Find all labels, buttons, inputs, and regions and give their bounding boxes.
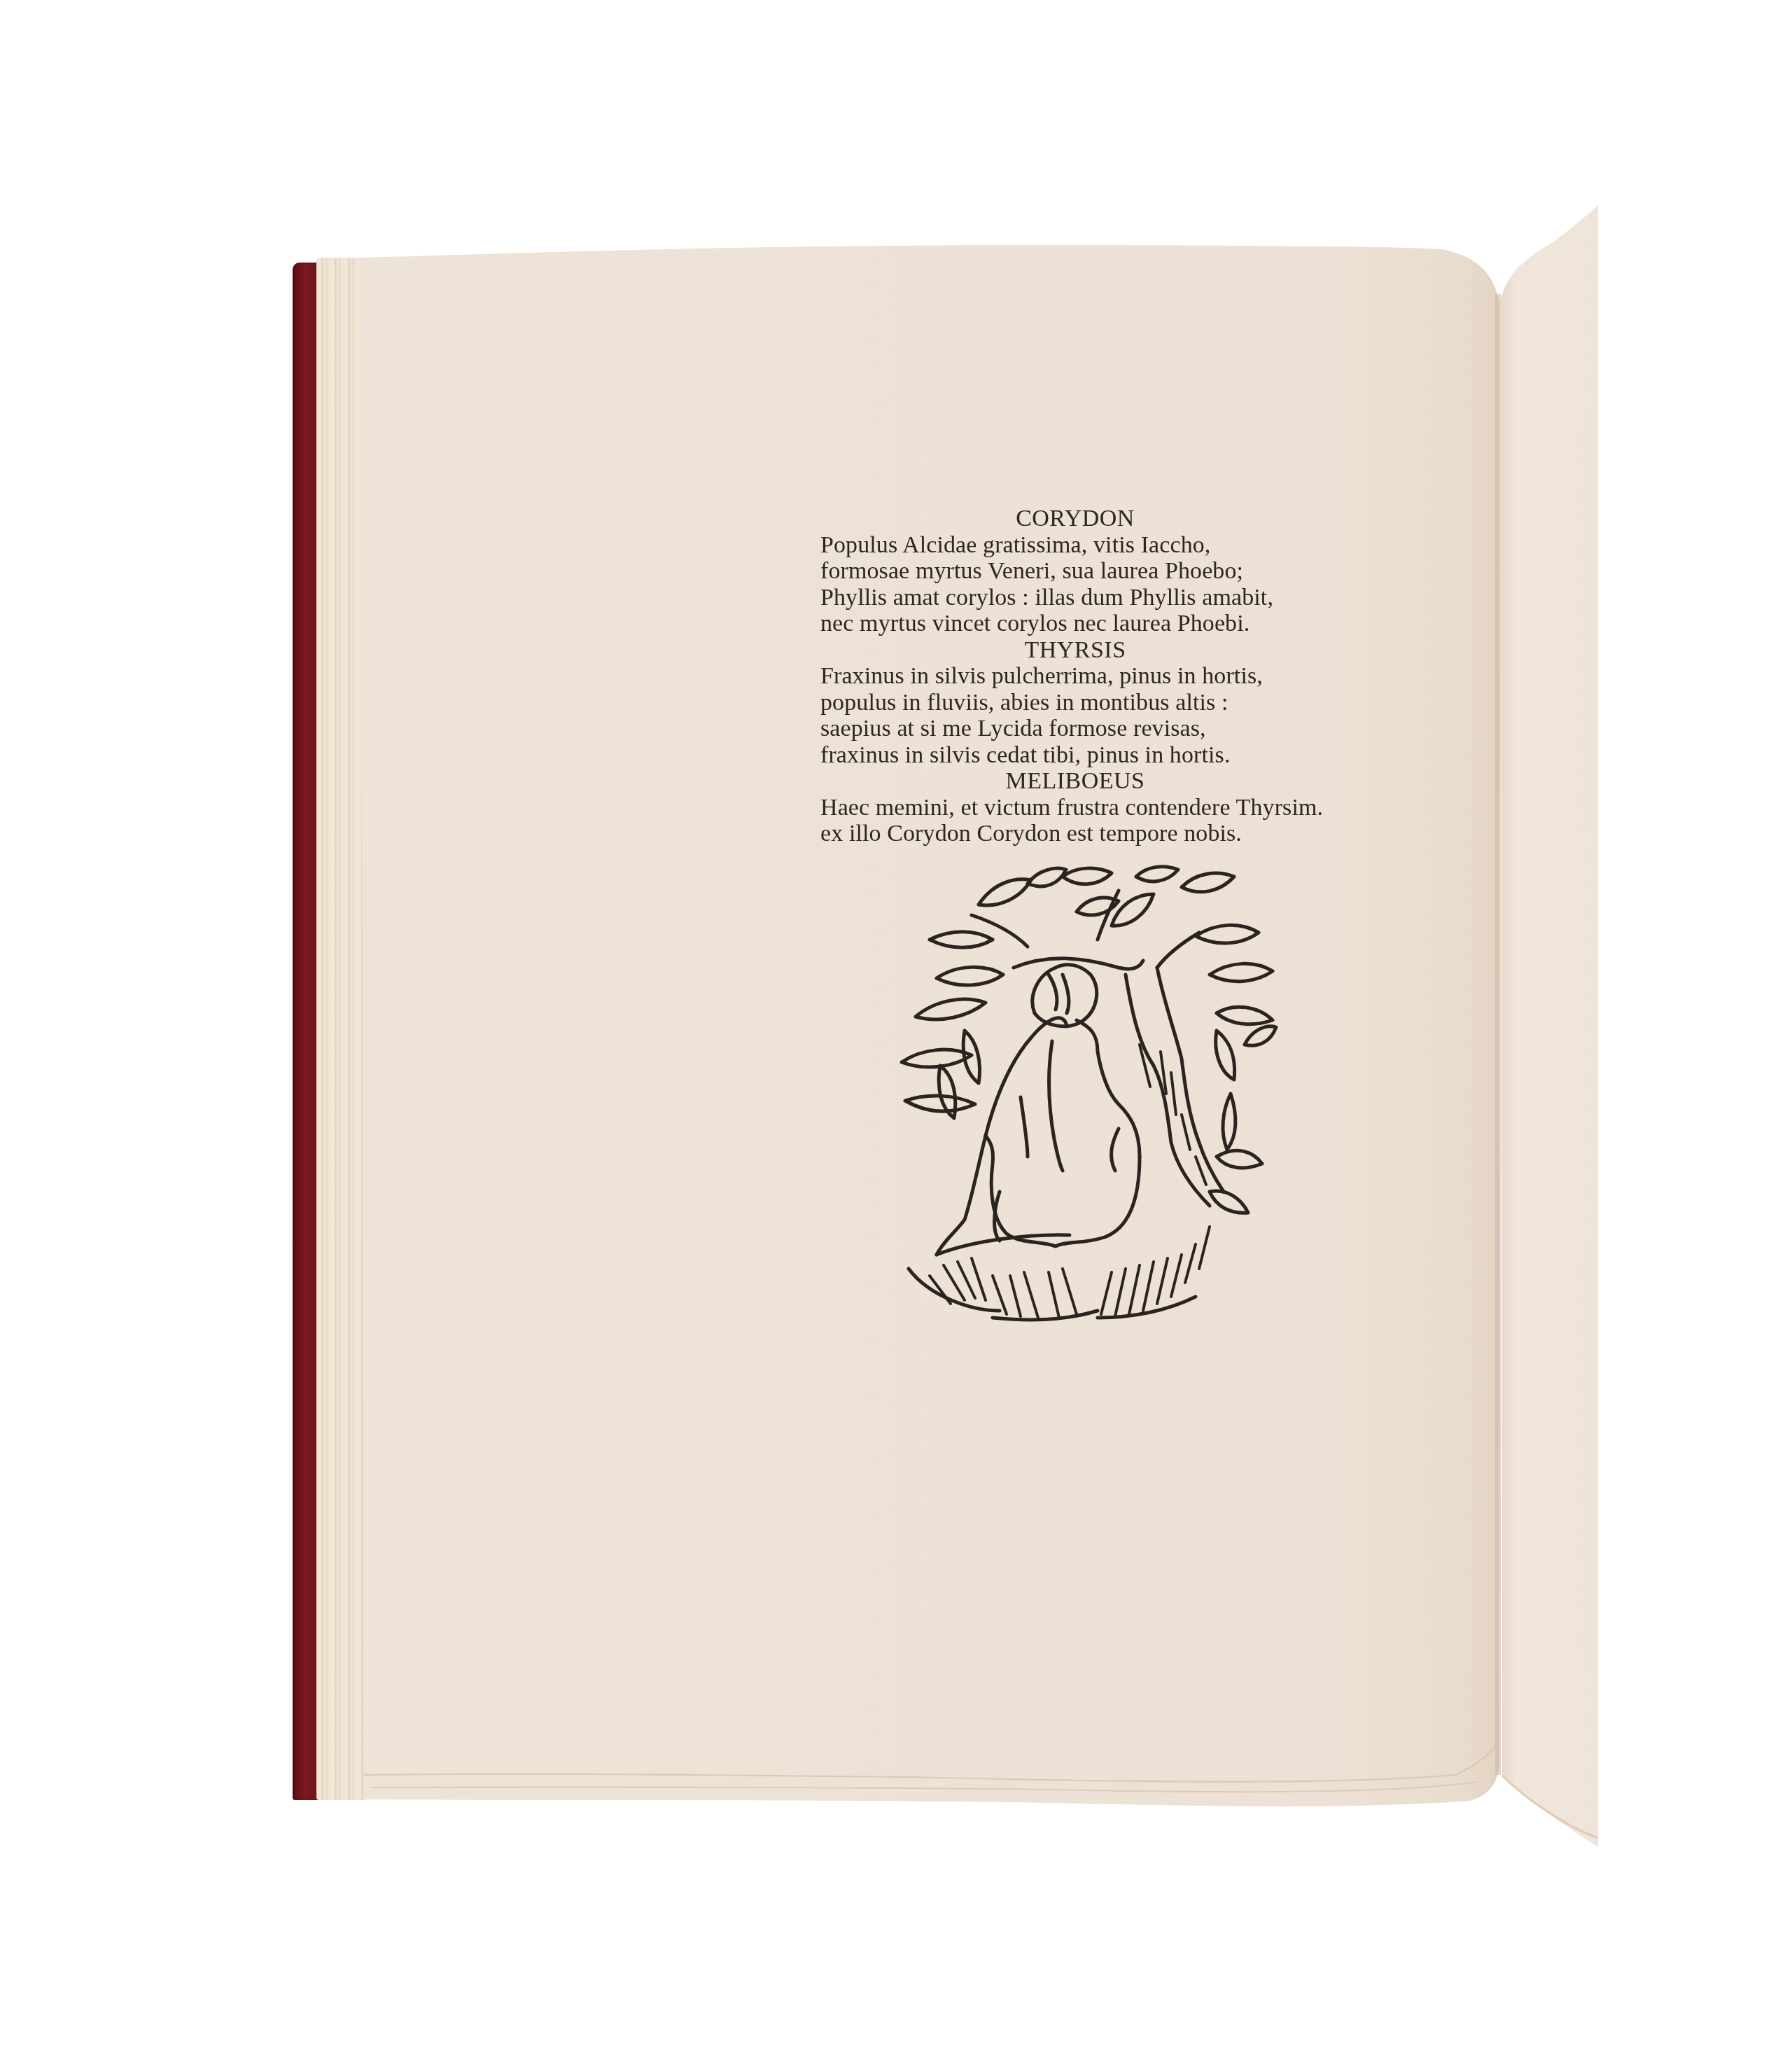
verse-line: nec myrtus vincet corylos nec laurea Pho… [820,611,1338,637]
verse-line: populus in fluviis, abies in montibus al… [820,690,1338,716]
speaker-heading: THYRSIS [816,637,1334,664]
woodcut-illustration [888,863,1287,1326]
eclogue-text: CORYDON Populus Alcidae gratissima, viti… [820,506,1338,847]
verse-line: Haec memini, et victum frustra contender… [820,795,1338,821]
right-page [1501,205,1598,1847]
verse-line: formosae myrtus Veneri, sua laurea Phoeb… [820,558,1338,585]
verse-line: Populus Alcidae gratissima, vitis Iaccho… [820,532,1338,559]
verse-line: Fraxinus in silvis pulcherrima, pinus in… [820,663,1338,690]
verse-line: Phyllis amat corylos : illas dum Phyllis… [820,585,1338,611]
verse-line: fraxinus in silvis cedat tibi, pinus in … [820,742,1338,769]
speaker-heading: MELIBOEUS [816,768,1334,795]
speaker-heading: CORYDON [816,506,1334,532]
verse-line: saepius at si me Lycida formose revisas, [820,716,1338,742]
deckle-leaf-edges [316,258,365,1800]
verse-line: ex illo Corydon Corydon est tempore nobi… [820,821,1338,847]
